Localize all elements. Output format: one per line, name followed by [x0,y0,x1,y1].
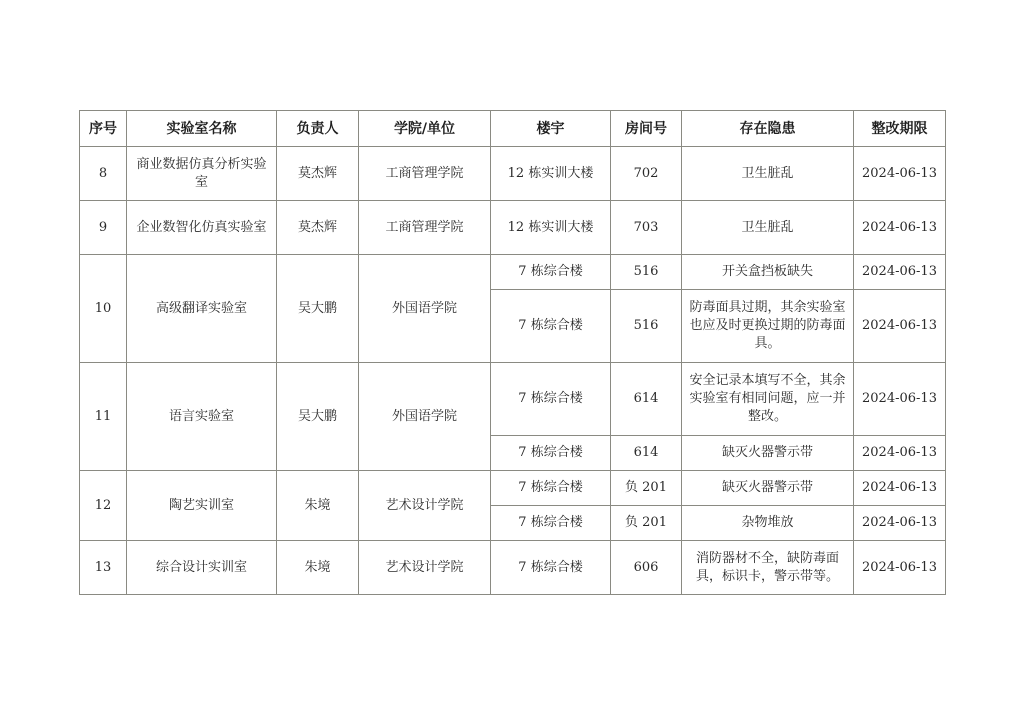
cell-hazard: 卫生脏乱 [682,147,854,201]
cell-room: 负 201 [611,506,682,541]
cell-room: 负 201 [611,471,682,506]
table-row: 9 企业数智化仿真实验室 莫杰辉 工商管理学院 12 栋实训大楼 703 卫生脏… [80,201,946,255]
cell-person: 莫杰辉 [277,201,359,255]
cell-room: 614 [611,363,682,436]
cell-no: 10 [80,255,127,363]
cell-college: 艺术设计学院 [359,471,491,541]
cell-person: 吴大鹏 [277,363,359,471]
cell-deadline: 2024-06-13 [854,290,946,363]
cell-building: 7 栋综合楼 [491,506,611,541]
table-row: 12 陶艺实训室 朱境 艺术设计学院 7 栋综合楼 负 201 缺灭火器警示带 … [80,471,946,506]
cell-person: 朱境 [277,471,359,541]
cell-hazard: 消防器材不全，缺防毒面具，标识卡，警示带等。 [682,541,854,595]
cell-no: 12 [80,471,127,541]
cell-hazard: 杂物堆放 [682,506,854,541]
cell-hazard: 缺灭火器警示带 [682,436,854,471]
header-room: 房间号 [611,111,682,147]
table-row: 8 商业数据仿真分析实验室 莫杰辉 工商管理学院 12 栋实训大楼 702 卫生… [80,147,946,201]
cell-hazard: 开关盒挡板缺失 [682,255,854,290]
cell-college: 外国语学院 [359,255,491,363]
cell-deadline: 2024-06-13 [854,471,946,506]
header-hazard: 存在隐患 [682,111,854,147]
cell-deadline: 2024-06-13 [854,255,946,290]
cell-deadline: 2024-06-13 [854,506,946,541]
cell-person: 吴大鹏 [277,255,359,363]
header-college: 学院/单位 [359,111,491,147]
cell-hazard: 缺灭火器警示带 [682,471,854,506]
cell-college: 艺术设计学院 [359,541,491,595]
cell-deadline: 2024-06-13 [854,201,946,255]
cell-lab-name: 企业数智化仿真实验室 [127,201,277,255]
table-header-row: 序号 实验室名称 负责人 学院/单位 楼宇 房间号 存在隐患 整改期限 [80,111,946,147]
cell-building: 7 栋综合楼 [491,290,611,363]
cell-building: 7 栋综合楼 [491,363,611,436]
cell-building: 7 栋综合楼 [491,541,611,595]
cell-room: 702 [611,147,682,201]
cell-building: 12 栋实训大楼 [491,147,611,201]
cell-college: 外国语学院 [359,363,491,471]
header-deadline: 整改期限 [854,111,946,147]
cell-room: 606 [611,541,682,595]
cell-lab-name: 高级翻译实验室 [127,255,277,363]
header-person-in-charge: 负责人 [277,111,359,147]
header-lab-name: 实验室名称 [127,111,277,147]
cell-lab-name: 商业数据仿真分析实验室 [127,147,277,201]
table-row: 11 语言实验室 吴大鹏 外国语学院 7 栋综合楼 614 安全记录本填写不全，… [80,363,946,436]
cell-lab-name: 语言实验室 [127,363,277,471]
cell-deadline: 2024-06-13 [854,541,946,595]
cell-room: 516 [611,255,682,290]
cell-deadline: 2024-06-13 [854,436,946,471]
header-no: 序号 [80,111,127,147]
cell-room: 703 [611,201,682,255]
cell-no: 8 [80,147,127,201]
cell-college: 工商管理学院 [359,147,491,201]
header-building: 楼宇 [491,111,611,147]
cell-room: 516 [611,290,682,363]
cell-college: 工商管理学院 [359,201,491,255]
table-row: 13 综合设计实训室 朱境 艺术设计学院 7 栋综合楼 606 消防器材不全，缺… [80,541,946,595]
hazard-rectification-table: 序号 实验室名称 负责人 学院/单位 楼宇 房间号 存在隐患 整改期限 8 商业… [79,110,946,595]
cell-building: 12 栋实训大楼 [491,201,611,255]
cell-hazard: 防毒面具过期，其余实验室也应及时更换过期的防毒面具。 [682,290,854,363]
cell-no: 11 [80,363,127,471]
cell-deadline: 2024-06-13 [854,147,946,201]
cell-hazard: 安全记录本填写不全，其余实验室有相同问题，应一并整改。 [682,363,854,436]
cell-lab-name: 陶艺实训室 [127,471,277,541]
cell-person: 朱境 [277,541,359,595]
cell-building: 7 栋综合楼 [491,255,611,290]
cell-deadline: 2024-06-13 [854,363,946,436]
cell-lab-name: 综合设计实训室 [127,541,277,595]
cell-hazard: 卫生脏乱 [682,201,854,255]
cell-room: 614 [611,436,682,471]
cell-building: 7 栋综合楼 [491,471,611,506]
cell-no: 13 [80,541,127,595]
cell-building: 7 栋综合楼 [491,436,611,471]
cell-person: 莫杰辉 [277,147,359,201]
cell-no: 9 [80,201,127,255]
table-row: 10 高级翻译实验室 吴大鹏 外国语学院 7 栋综合楼 516 开关盒挡板缺失 … [80,255,946,290]
